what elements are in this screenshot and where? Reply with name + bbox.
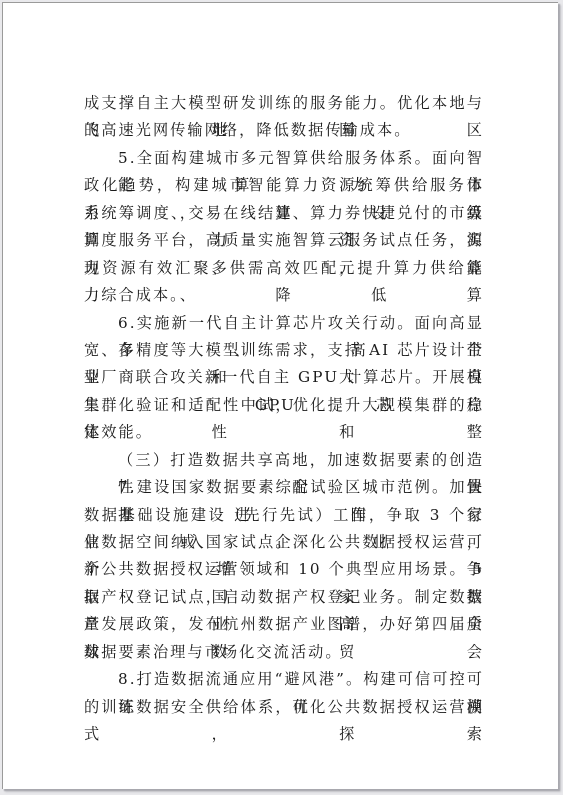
text-line: 调度服务平台，高质量实施智算云服务试点任务，实现多元算 <box>84 227 484 254</box>
document-body: 成支撑自主大模型研发训练的服务能力。优化本地与飞地园区 的高速光网传输网络，降低… <box>84 90 484 721</box>
section-6-heading-line: 6.实施新一代自主计算芯片攻关行动。面向高显存、高带 <box>84 310 484 337</box>
text-line: 成支撑自主大模型研发训练的服务能力。优化本地与飞地园区 <box>84 90 484 117</box>
text-line: 据产权登记试点，启动数据产权登记业务。制定数据产业高质 <box>84 584 484 611</box>
text-line: 的训练数据安全供给体系，优化公共数据授权运营模式，探索 <box>84 694 484 721</box>
text-line: 量发展政策，发布杭州数据产业图谱，办好第四届全球数贸会 <box>84 611 484 638</box>
text-line: 型厂商联合攻关新一代自主 GPU 计算芯片。开展自主 GPU 芯片 <box>84 364 484 391</box>
text-line: 数据基础设施建设（先行先试）工作，争取 3 个行业或企业可 <box>84 502 484 529</box>
section-8-heading-line: 8.打造数据流通应用“避风港”。构建可信可控可证可溯 <box>84 666 484 693</box>
text-line: 力资源有效汇聚、供需高效匹配，提升算力供给能力、降低算 <box>84 255 484 282</box>
document-page: 成支撑自主大模型研发训练的服务能力。优化本地与飞地园区 的高速光网传输网络，降低… <box>2 2 558 789</box>
text-line: 信数据空间纳入国家试点。深化公共数据授权运营，新增 5 <box>84 529 484 556</box>
section-7-heading-line: 7.建设国家数据要素综合试验区城市范例。加快推进国家 <box>84 474 484 501</box>
text-line: 宽、多精度等大模型训练需求，支持 AI 芯片设计企业和大模 <box>84 337 484 364</box>
text-line: 政化趋势，构建城市智能算力资源统筹供给服务体系，建设算 <box>84 172 484 199</box>
section-5-heading-line: 5.全面构建城市多元智算供给服务体系。面向智能算力市 <box>84 145 484 172</box>
text-line: 个公共数据授权运营领域和 10 个典型应用场景。争取国家数 <box>84 556 484 583</box>
subsection-3-heading: （三）打造数据共享高地，加速数据要素的创造性配置 <box>84 447 484 474</box>
text-line: 集群化验证和适配性中试，优化提升大规模集群的稳定性和整 <box>84 392 484 419</box>
text-line: 力统筹调度、交易在线结算、算力券快捷兑付的市级算力资源 <box>84 200 484 227</box>
